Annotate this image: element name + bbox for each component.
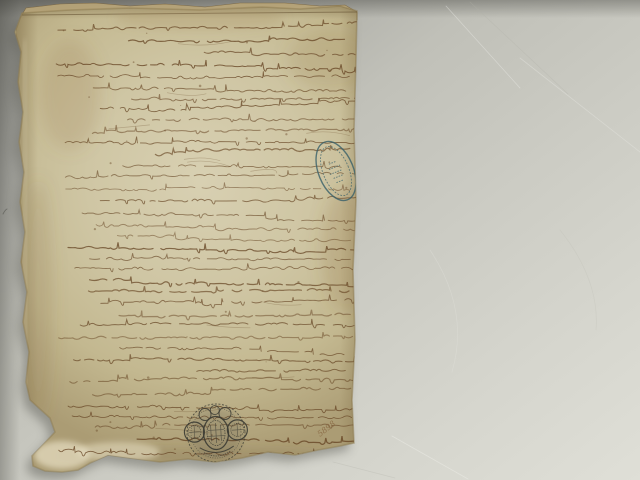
photo-canvas: 5898	[0, 0, 640, 480]
ink-speck	[164, 130, 166, 132]
ink-speck	[266, 361, 267, 362]
ink-speck	[329, 69, 331, 71]
ink-speck	[109, 421, 111, 423]
ink-speck	[94, 228, 96, 230]
ink-speck	[63, 30, 65, 32]
ink-speck	[133, 61, 135, 63]
manuscript-document: 5898	[10, 3, 383, 479]
ink-speck	[126, 140, 127, 141]
ink-speck	[186, 336, 187, 337]
photo-scene: 5898	[0, 0, 640, 480]
ink-speck	[96, 429, 98, 431]
ink-speck	[88, 96, 90, 98]
ink-speck	[180, 105, 181, 106]
ink-speck	[328, 161, 330, 163]
ink-speck	[285, 133, 287, 135]
ink-speck	[274, 90, 276, 92]
ink-speck	[110, 162, 112, 164]
ink-speck	[199, 85, 202, 88]
ink-speck	[174, 448, 176, 450]
ink-speck	[147, 376, 150, 379]
ink-speck	[153, 437, 155, 439]
ink-speck	[254, 121, 255, 122]
ink-speck	[297, 281, 299, 283]
ink-speck	[246, 137, 248, 139]
ink-speck	[345, 187, 347, 189]
ink-speck	[225, 311, 227, 313]
ink-speck	[262, 290, 263, 291]
ink-speck	[246, 41, 248, 43]
ink-speck	[326, 50, 327, 51]
ink-speck	[146, 33, 147, 34]
